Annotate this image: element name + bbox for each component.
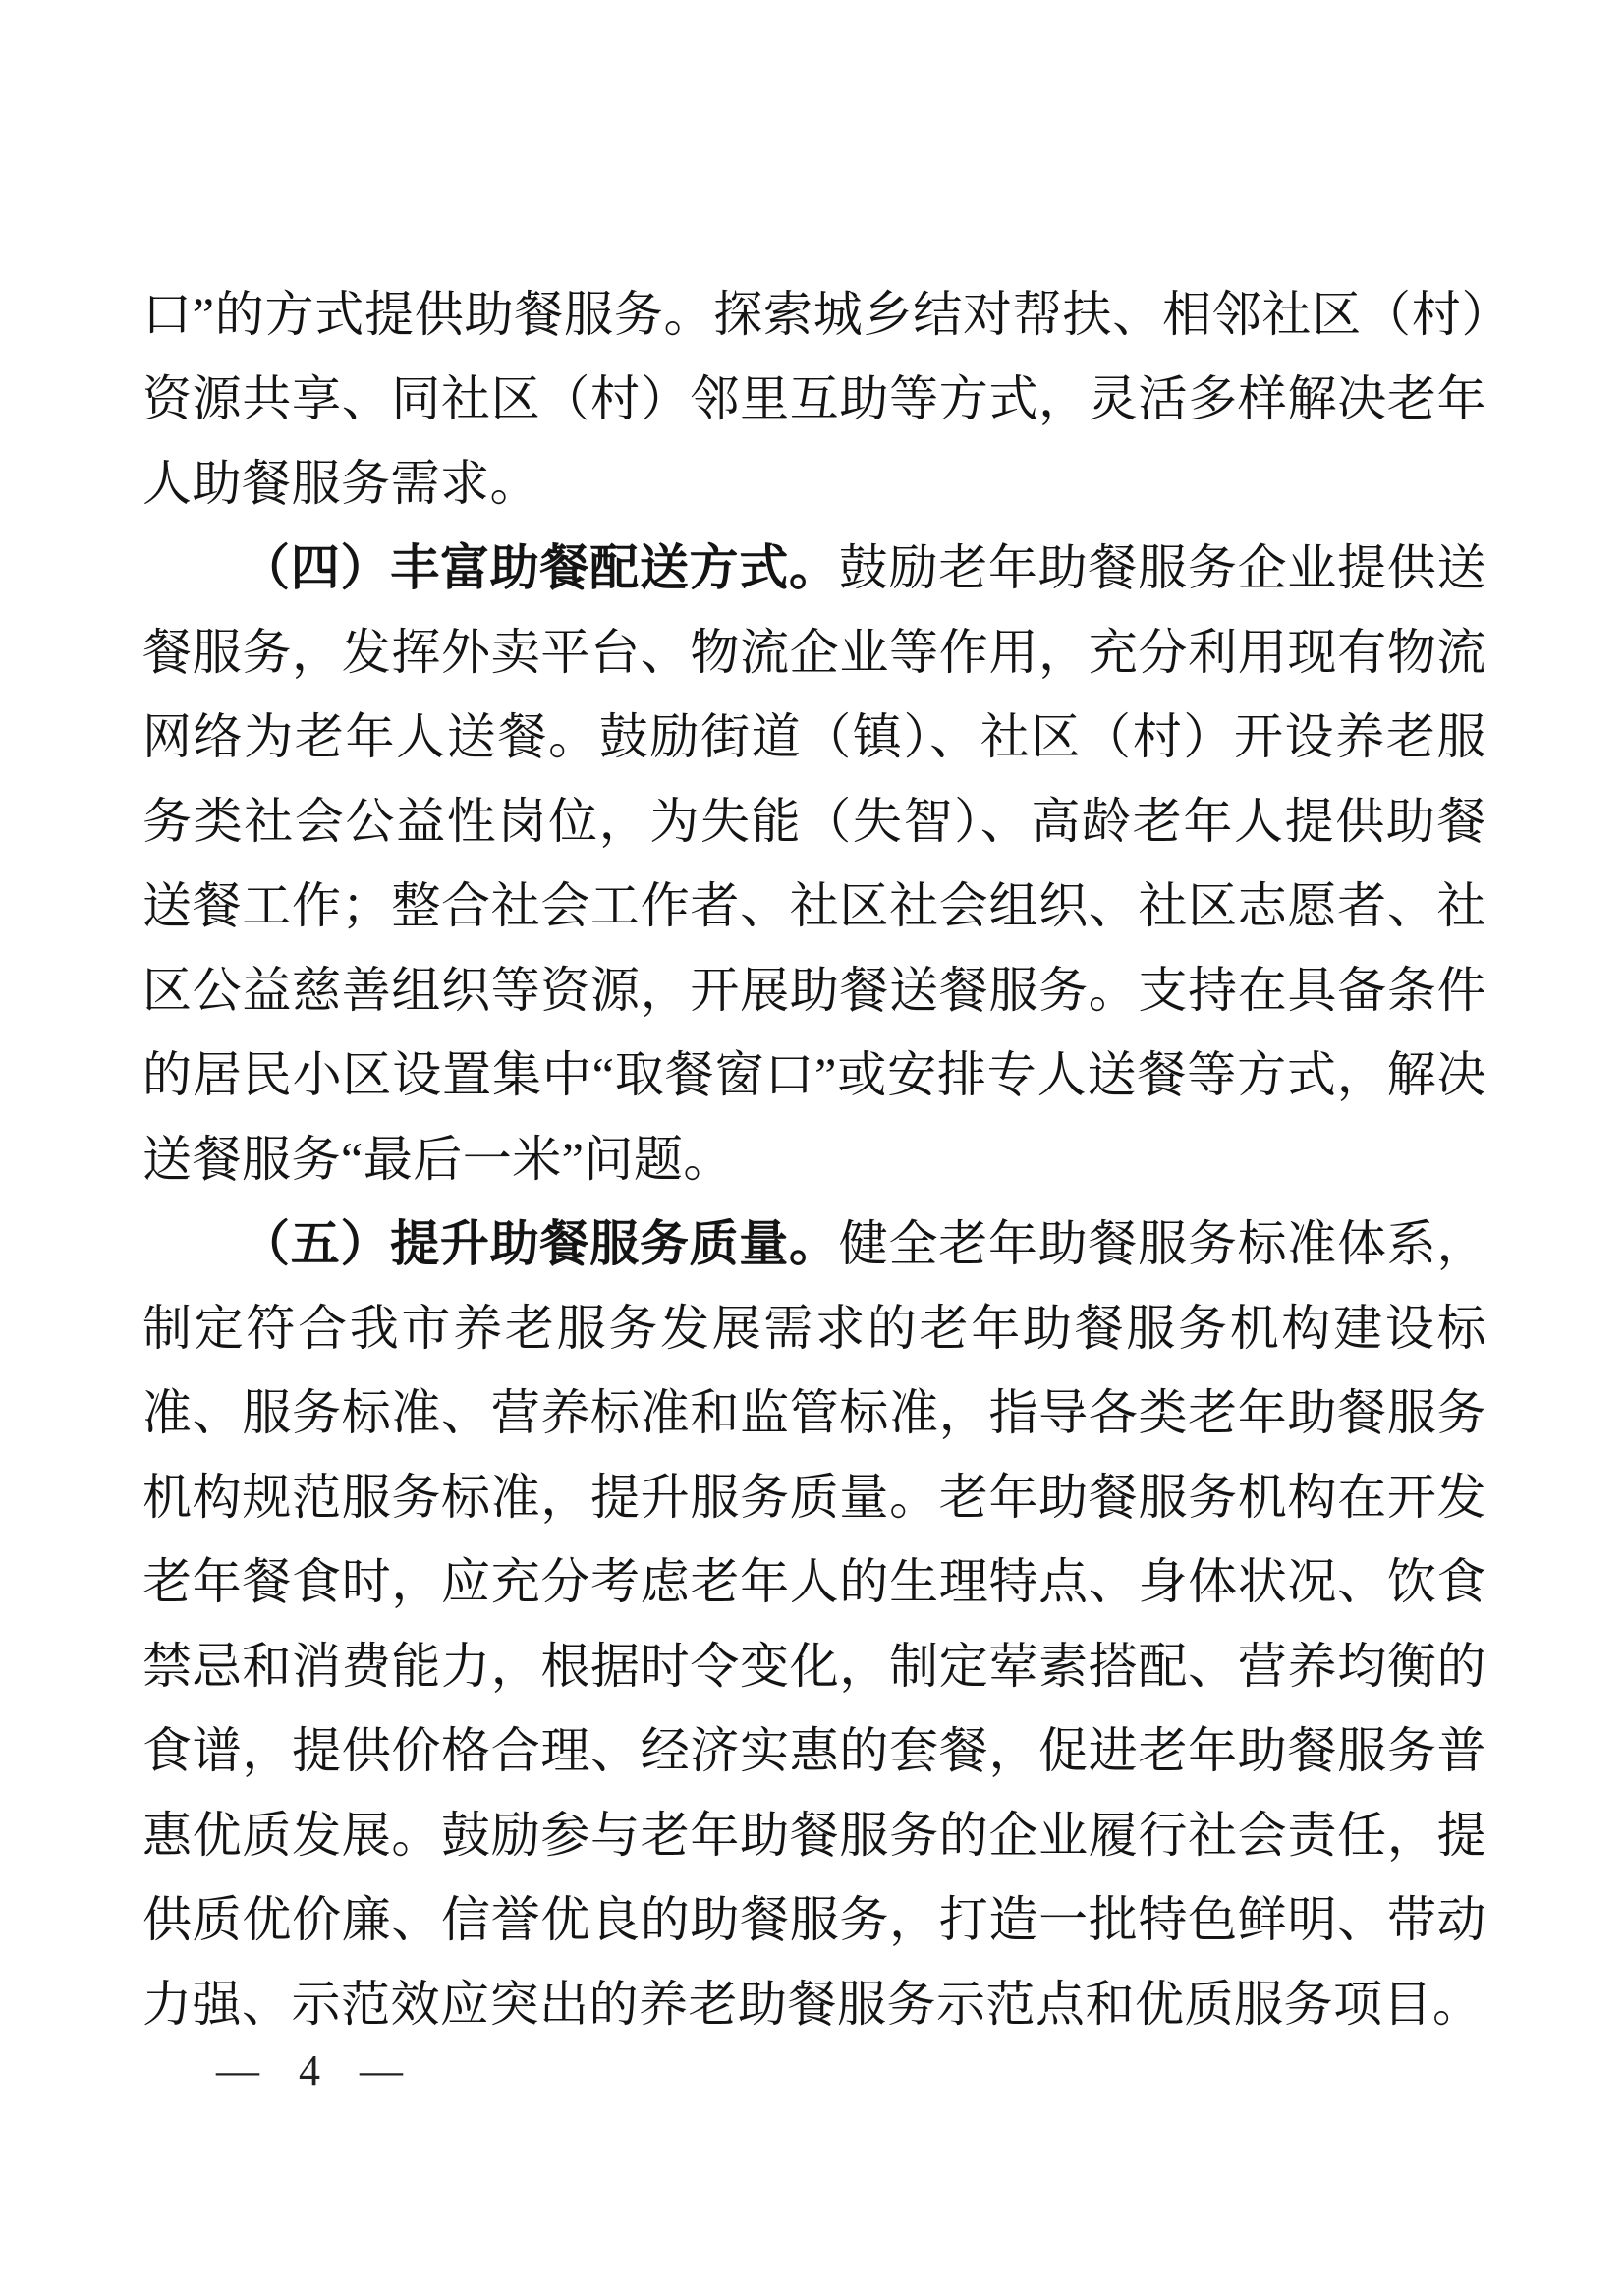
paragraph-continuation: 口”的方式提供助餐服务。探索城乡结对帮扶、相邻社区（村）资源共享、同社区（村）邻…	[142, 272, 1486, 526]
document-body: 口”的方式提供助餐服务。探索城乡结对帮扶、相邻社区（村）资源共享、同社区（村）邻…	[142, 272, 1486, 2046]
paragraph-section-4: （四）丰富助餐配送方式。鼓励老年助餐服务企业提供送餐服务，发挥外卖平台、物流企业…	[142, 526, 1486, 1201]
section-4-heading: （四）丰富助餐配送方式。	[241, 540, 839, 595]
section-5-heading: （五）提升助餐服务质量。	[241, 1216, 839, 1271]
paragraph-text: 鼓励老年助餐服务企业提供送餐服务，发挥外卖平台、物流企业等作用，充分利用现有物流…	[142, 540, 1486, 1187]
paragraph-text: 口”的方式提供助餐服务。探索城乡结对帮扶、相邻社区（村）资源共享、同社区（村）邻…	[142, 287, 1486, 511]
page-number: — 4 —	[216, 2045, 409, 2096]
paragraph-section-5: （五）提升助餐服务质量。健全老年助餐服务标准体系，制定符合我市养老服务发展需求的…	[142, 1201, 1486, 2046]
document-page: 口”的方式提供助餐服务。探索城乡结对帮扶、相邻社区（村）资源共享、同社区（村）邻…	[0, 0, 1624, 2290]
paragraph-text: 健全老年助餐服务标准体系，制定符合我市养老服务发展需求的老年助餐服务机构建设标准…	[142, 1216, 1486, 2032]
